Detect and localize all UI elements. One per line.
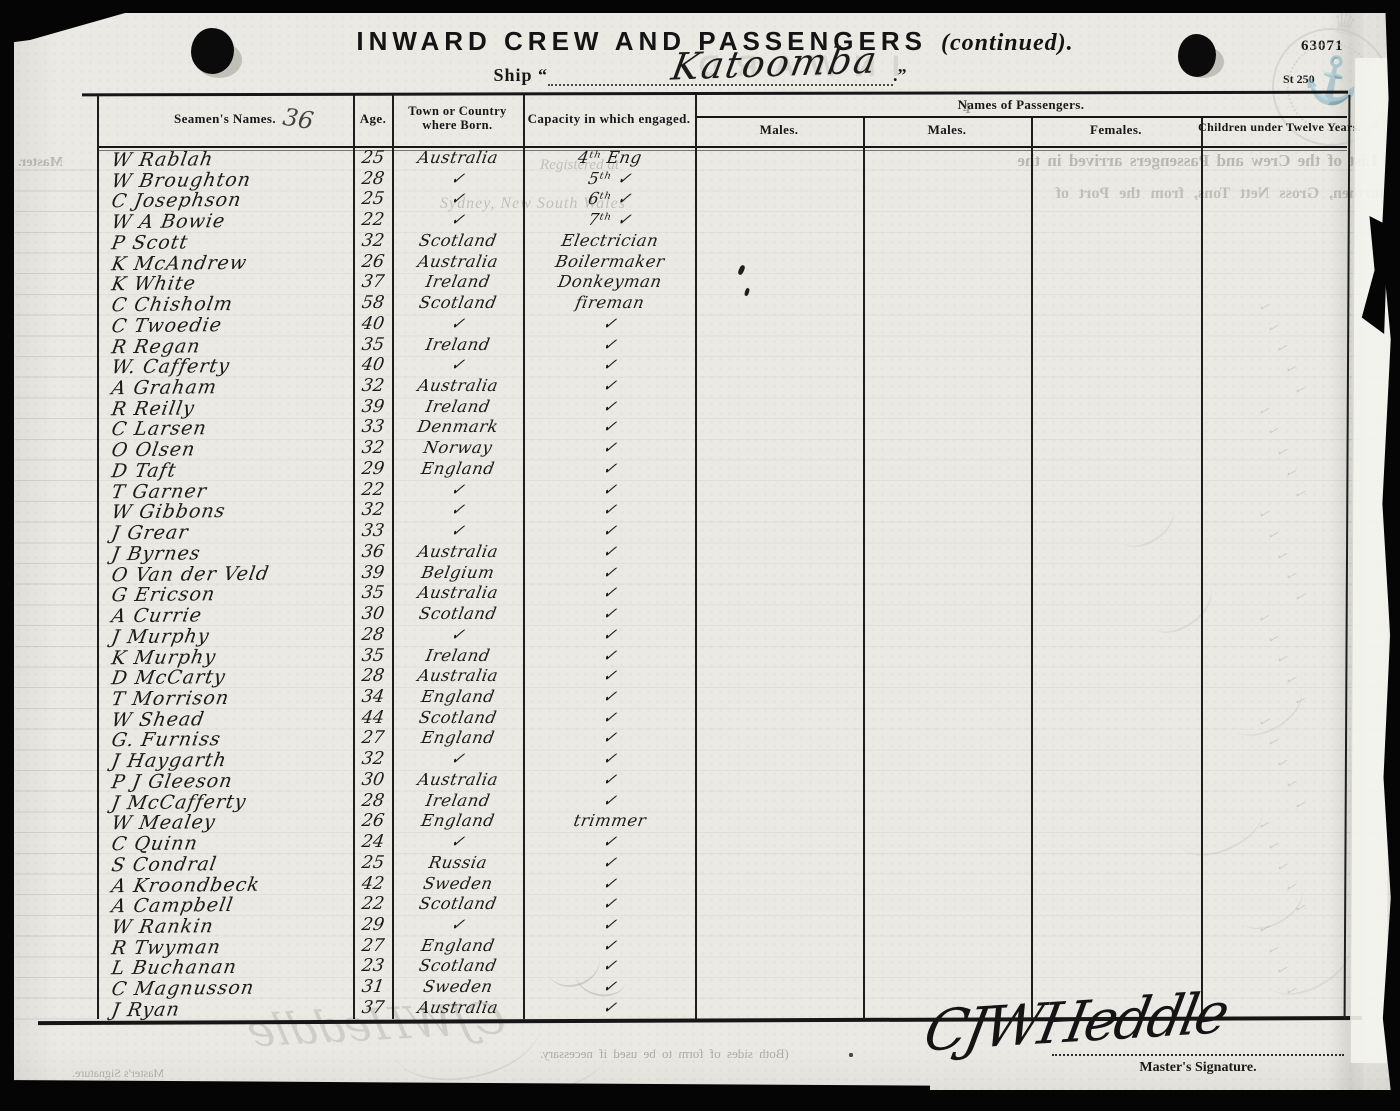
header-males-1: Males. <box>695 122 863 138</box>
crew-row: C Quinn24✓✓ <box>0 832 720 853</box>
ghost-signature-label: Master's Signature. <box>72 1066 164 1081</box>
crew-capacity: Donkeyman <box>523 272 696 291</box>
crew-capacity: ✓ <box>523 832 696 851</box>
crew-row: A Campbell22Scotland✓ <box>0 894 720 915</box>
crew-birthplace: ✓ <box>392 521 523 540</box>
crew-row: K Murphy35Ireland✓ <box>0 646 720 667</box>
crew-age: 44 <box>352 708 395 728</box>
crew-capacity: ✓ <box>523 998 696 1017</box>
crew-row: G. Furniss27England✓ <box>0 728 720 749</box>
crew-capacity: ✓ <box>523 604 696 623</box>
header-children: Children under Twelve Years. <box>1198 120 1350 135</box>
crew-name: J Ryan <box>110 997 354 1022</box>
crew-row: T Morrison34England✓ <box>0 687 720 708</box>
crew-age: 26 <box>352 811 395 831</box>
crew-capacity: ✓ <box>523 563 696 582</box>
crew-capacity: ✓ <box>523 355 696 374</box>
crew-age: 30 <box>352 770 395 790</box>
crew-row: J Haygarth32✓✓ <box>0 749 720 770</box>
crew-capacity: 7ᵗʰ ✓ <box>523 210 696 229</box>
crew-age: 22 <box>352 480 395 500</box>
ghost-verso-line1: A List of the Crew and Passengers arrive… <box>690 151 1396 171</box>
crew-capacity: ✓ <box>523 936 696 955</box>
crew-row: J McCafferty28Ireland✓ <box>0 791 720 812</box>
crew-age: 35 <box>352 646 395 666</box>
crew-row: C Chisholm58Scotlandfireman <box>0 293 720 314</box>
crew-row: G Ericson35Australia✓ <box>0 583 720 604</box>
crew-birthplace: ✓ <box>392 749 523 768</box>
crew-age: 25 <box>352 189 395 209</box>
crew-capacity: Boilermaker <box>523 252 696 271</box>
crew-capacity: ✓ <box>523 770 696 789</box>
crew-birthplace: ✓ <box>392 625 523 644</box>
crew-row: W A Bowie22✓7ᵗʰ ✓ <box>0 210 720 231</box>
scanned-crew-manifest: INWARD A List of the Crew and Passengers… <box>0 0 1400 1111</box>
crew-birthplace: Russia <box>392 853 523 872</box>
crew-birthplace: ✓ <box>392 169 523 188</box>
crew-birthplace: England <box>392 811 523 830</box>
crew-birthplace: ✓ <box>392 832 523 851</box>
crew-birthplace: ✓ <box>392 210 523 229</box>
crew-birthplace: ✓ <box>392 189 523 208</box>
signature-label: Master's Signature. <box>1098 1060 1298 1076</box>
crew-birthplace: Sweden <box>392 977 523 996</box>
crew-birthplace: England <box>392 936 523 955</box>
header-males-2: Males. <box>863 122 1031 138</box>
crew-row: J Byrnes36Australia✓ <box>0 542 720 563</box>
crew-row: O Olsen32Norway✓ <box>0 438 720 459</box>
crew-birthplace: Scotland <box>392 956 523 975</box>
crew-capacity: ✓ <box>523 397 696 416</box>
header-born-line1: Town or Country <box>408 104 506 118</box>
crew-capacity: ✓ <box>523 542 696 561</box>
crew-birthplace: Australia <box>392 252 523 271</box>
crew-age: 32 <box>352 231 395 251</box>
crew-birthplace: ✓ <box>392 480 523 499</box>
crew-row: R Twyman27England✓ <box>0 936 720 957</box>
crew-capacity: 6ᵗʰ ✓ <box>523 189 696 208</box>
crew-capacity: ✓ <box>523 977 696 996</box>
crew-age: 39 <box>352 563 395 583</box>
crew-capacity: Electrician <box>523 231 696 250</box>
header-born-line2: where Born. <box>422 118 492 132</box>
crew-capacity: ✓ <box>523 853 696 872</box>
crew-age: 25 <box>352 148 395 168</box>
crew-capacity: ✓ <box>523 894 696 913</box>
crew-age: 35 <box>352 335 395 355</box>
crew-birthplace: England <box>392 728 523 747</box>
crew-row: C Josephson25✓6ᵗʰ ✓ <box>0 189 720 210</box>
crew-capacity: ✓ <box>523 791 696 810</box>
column-border <box>1031 118 1033 1019</box>
crew-age: 22 <box>352 894 395 914</box>
crew-birthplace: Sweden <box>392 874 523 893</box>
crew-age: 40 <box>352 355 395 375</box>
crew-capacity: ✓ <box>523 956 696 975</box>
crew-age: 42 <box>352 874 395 894</box>
crew-capacity: ✓ <box>523 666 696 685</box>
crew-row: W Mealey26Englandtrimmer <box>0 811 720 832</box>
crew-birthplace: Australia <box>392 542 523 561</box>
crew-age: 35 <box>352 583 395 603</box>
crew-age: 32 <box>352 500 395 520</box>
crew-capacity: ✓ <box>523 874 696 893</box>
crew-birthplace: ✓ <box>392 915 523 934</box>
header-capacity: Capacity in which engaged. <box>523 111 695 127</box>
crew-row: L Buchanan23Scotland✓ <box>0 956 720 977</box>
ship-label: Ship “ <box>493 65 548 86</box>
crew-row: K White37IrelandDonkeyman <box>0 272 720 293</box>
crew-age: 24 <box>352 832 395 852</box>
pencil-annotation-36: 36 <box>281 103 316 135</box>
crew-capacity: ✓ <box>523 335 696 354</box>
crew-capacity: fireman <box>523 293 696 312</box>
crew-row: W. Cafferty40✓✓ <box>0 355 720 376</box>
header-females: Females. <box>1031 122 1201 138</box>
crew-age: 28 <box>352 625 395 645</box>
crew-capacity: ✓ <box>523 749 696 768</box>
crew-birthplace: Scotland <box>392 293 523 312</box>
crew-capacity: ✓ <box>523 314 696 333</box>
crew-row: J Grear33✓✓ <box>0 521 720 542</box>
crew-row: D Taft29England✓ <box>0 459 720 480</box>
crew-row: O Van der Veld39Belgium✓ <box>0 563 720 584</box>
crew-row: A Currie30Scotland✓ <box>0 604 720 625</box>
crew-capacity: trimmer <box>523 811 696 830</box>
crew-birthplace: Scotland <box>392 231 523 250</box>
crew-age: 58 <box>352 293 395 313</box>
crew-birthplace: ✓ <box>392 355 523 374</box>
crew-row: W Broughton28✓5ᵗʰ ✓ <box>0 169 720 190</box>
crew-age: 32 <box>352 438 395 458</box>
crew-row: T Garner22✓✓ <box>0 480 720 501</box>
crew-age: 28 <box>352 791 395 811</box>
header-names-of-passengers: Names of Passengers. <box>695 97 1347 113</box>
crew-row: W Gibbons32✓✓ <box>0 500 720 521</box>
crew-age: 37 <box>352 998 395 1018</box>
crew-capacity: ✓ <box>523 646 696 665</box>
crew-birthplace: Australia <box>392 998 523 1017</box>
crew-birthplace: Ireland <box>392 272 523 291</box>
crew-age: 33 <box>352 521 395 541</box>
crew-birthplace: Ireland <box>392 791 523 810</box>
hole-punch <box>191 28 234 74</box>
crew-age: 40 <box>352 314 395 334</box>
crew-row: R Reilly39Ireland✓ <box>0 397 720 418</box>
crew-row: W Rankin29✓✓ <box>0 915 720 936</box>
crew-birthplace: Scotland <box>392 894 523 913</box>
crew-capacity: ✓ <box>523 417 696 436</box>
crew-row: C Larsen33Denmark✓ <box>0 417 720 438</box>
scan-edge-bottom <box>0 1080 930 1108</box>
crew-capacity: ✓ <box>523 376 696 395</box>
crew-row: W Shead44Scotland✓ <box>0 708 720 729</box>
crew-birthplace: Scotland <box>392 604 523 623</box>
crew-row: C Magnusson31Sweden✓ <box>0 977 720 998</box>
crew-age: 39 <box>352 397 395 417</box>
header-age: Age. <box>353 111 393 127</box>
crew-age: 34 <box>352 687 395 707</box>
passengers-header-underline <box>695 116 1347 118</box>
crew-age: 25 <box>352 853 395 873</box>
crew-capacity: 5ᵗʰ ✓ <box>523 169 696 188</box>
crew-birthplace: England <box>392 459 523 478</box>
crew-capacity: ✓ <box>523 583 696 602</box>
crew-capacity: ✓ <box>523 500 696 519</box>
column-border <box>863 118 865 1019</box>
crew-capacity: ✓ <box>523 625 696 644</box>
ink-speck <box>849 1053 853 1057</box>
crew-birthplace: Australia <box>392 666 523 685</box>
crew-birthplace: Ireland <box>392 646 523 665</box>
crew-row: J Ryan37Australia✓ <box>0 998 720 1019</box>
column-border <box>1201 118 1203 1019</box>
page-title-note: (continued). <box>941 30 1074 56</box>
crew-capacity: ✓ <box>523 687 696 706</box>
crew-capacity: 4ᵗʰ Eng <box>523 148 696 167</box>
hole-punch <box>1178 34 1216 77</box>
crew-birthplace: Belgium <box>392 563 523 582</box>
crew-birthplace: ✓ <box>392 314 523 333</box>
crew-row: P J Gleeson30Australia✓ <box>0 770 720 791</box>
crew-birthplace: ✓ <box>392 500 523 519</box>
crew-age: 37 <box>352 272 395 292</box>
crew-age: 29 <box>352 915 395 935</box>
crew-capacity: ✓ <box>523 521 696 540</box>
crew-birthplace: Denmark <box>392 417 523 436</box>
header-town-or-country: Town or Countrywhere Born. <box>392 104 523 132</box>
crew-row: W Rablah25Australia4ᵗʰ Eng <box>0 148 720 169</box>
crew-capacity: ✓ <box>523 728 696 747</box>
crew-age: 28 <box>352 169 395 189</box>
crew-age: 31 <box>352 977 395 997</box>
crew-row: J Murphy28✓✓ <box>0 625 720 646</box>
crew-age: 27 <box>352 936 395 956</box>
crew-capacity: ✓ <box>523 480 696 499</box>
crew-birthplace: Ireland <box>392 397 523 416</box>
crew-age: 30 <box>352 604 395 624</box>
crew-birthplace: England <box>392 687 523 706</box>
crew-birthplace: Norway <box>392 438 523 457</box>
crew-age: 29 <box>352 459 395 479</box>
crew-age: 22 <box>352 210 395 230</box>
crew-age: 36 <box>352 542 395 562</box>
crew-capacity: ✓ <box>523 438 696 457</box>
crew-capacity: ✓ <box>523 459 696 478</box>
crew-birthplace: Australia <box>392 148 523 167</box>
crew-age: 32 <box>352 376 395 396</box>
crew-birthplace: Scotland <box>392 708 523 727</box>
crew-row: D McCarty28Australia✓ <box>0 666 720 687</box>
crew-birthplace: Australia <box>392 770 523 789</box>
crew-birthplace: Australia <box>392 376 523 395</box>
crew-birthplace: Ireland <box>392 335 523 354</box>
crew-age: 32 <box>352 749 395 769</box>
crew-row: A Kroondbeck42Sweden✓ <box>0 874 720 895</box>
crew-row: C Twoedie40✓✓ <box>0 314 720 335</box>
crew-age: 28 <box>352 666 395 686</box>
crew-row: P Scott32ScotlandElectrician <box>0 231 720 252</box>
crew-age: 23 <box>352 956 395 976</box>
signature-line <box>1052 1030 1344 1056</box>
crew-age: 26 <box>352 252 395 272</box>
crew-row: R Regan35Ireland✓ <box>0 335 720 356</box>
crew-row: A Graham32Australia✓ <box>0 376 720 397</box>
crew-row: S Condral25Russia✓ <box>0 853 720 874</box>
crew-age: 27 <box>352 728 395 748</box>
ghost-verso-line2: Burthen, Gross Nett Tons, from the Port … <box>700 185 1390 203</box>
crew-capacity: ✓ <box>523 708 696 727</box>
crew-birthplace: Australia <box>392 583 523 602</box>
crew-capacity: ✓ <box>523 915 696 934</box>
crew-age: 33 <box>352 417 395 437</box>
crew-row: K McAndrew26AustraliaBoilermaker <box>0 252 720 273</box>
